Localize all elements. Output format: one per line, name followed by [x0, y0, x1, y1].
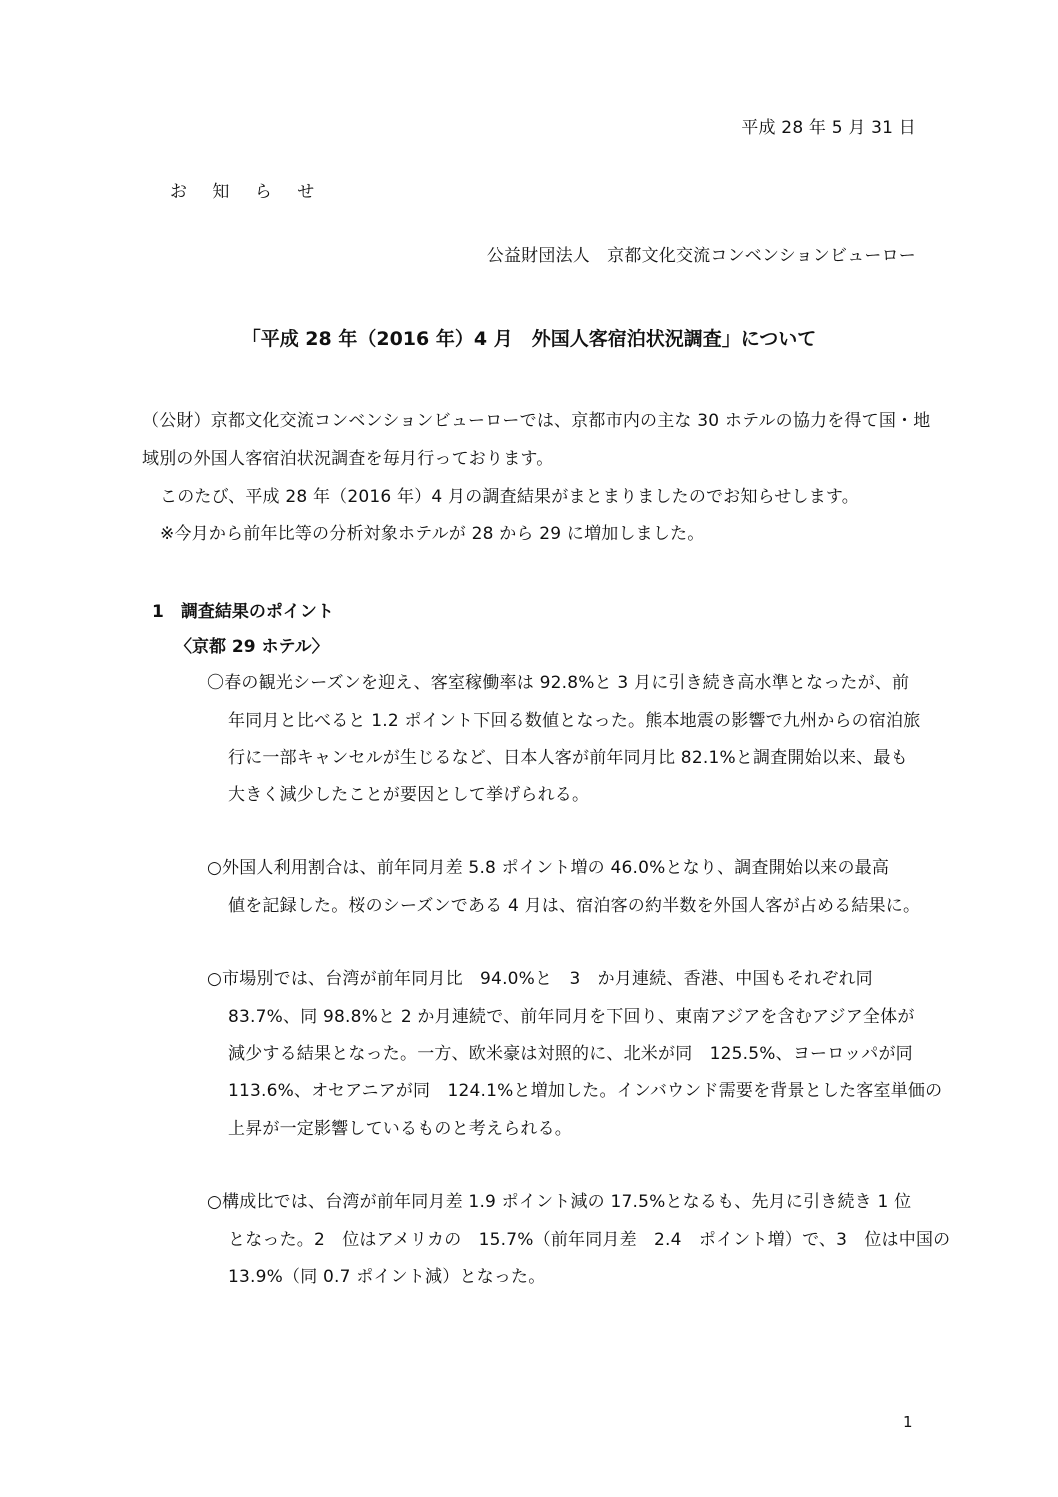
point-line: ○構成比では、台湾が前年同月差 1.9 ポイント減の 17.5%となるも、先月に… — [207, 1191, 911, 1213]
point-line: ○市場別では、台湾が前年同月比 94.0%と 3 か月連続、香港、中国もそれぞれ… — [207, 968, 873, 990]
point-line: 行に一部キャンセルが生じるなど、日本人客が前年同月比 82.1%と調査開始以来、… — [228, 747, 908, 769]
document-title: 「平成 28 年（2016 年）4 月 外国人客宿泊状況調査」について — [0, 324, 1058, 351]
point-line: 値を記録した。桜のシーズンである 4 月は、宿泊客の約半数を外国人客が占める結果… — [228, 895, 920, 917]
point-line: 83.7%、同 98.8%と 2 か月連続で、前年同月を下回り、東南アジアを含む… — [228, 1006, 915, 1028]
point-line: ○外国人利用割合は、前年同月差 5.8 ポイント増の 46.0%となり、調査開始… — [207, 857, 889, 879]
point-line: 113.6%、オセアニアが同 124.1%と増加した。インバウンド需要を背景とし… — [228, 1080, 942, 1102]
document-date: 平成 28 年 5 月 31 日 — [741, 117, 916, 139]
section-heading: 1 調査結果のポイント — [152, 597, 334, 622]
point-line: 13.9%（同 0.7 ポイント減）となった。 — [228, 1266, 545, 1288]
intro-line: （公財）京都文化交流コンベンションビューローでは、京都市内の主な 30 ホテルの… — [142, 410, 930, 432]
point-line: となった。2 位はアメリカの 15.7%（前年同月差 2.4 ポイント増）で、3… — [228, 1229, 950, 1251]
point-line: 年同月と比べると 1.2 ポイント下回る数値となった。熊本地震の影響で九州からの… — [228, 710, 920, 732]
point-line: 〇春の観光シーズンを迎え、客室稼働率は 92.8%と 3 月に引き続き高水準とな… — [207, 672, 909, 694]
point-line: 上昇が一定影響しているものと考えられる。 — [228, 1118, 572, 1140]
organization-name: 公益財団法人 京都文化交流コンベンションビューロー — [487, 245, 916, 267]
page-number: 1 — [903, 1413, 913, 1431]
point-line: 大きく減少したことが要因として挙げられる。 — [228, 784, 589, 806]
intro-note: ※今月から前年比等の分析対象ホテルが 28 から 29 に増加しました。 — [160, 523, 704, 545]
notice-label: お 知 ら せ — [170, 181, 324, 203]
section-subheading: 〈京都 29 ホテル〉 — [175, 632, 329, 657]
intro-line: 域別の外国人客宿泊状況調査を毎月行っております。 — [142, 448, 553, 470]
intro-line: このたび、平成 28 年（2016 年）4 月の調査結果がまとまりましたのでお知… — [160, 486, 859, 508]
point-line: 減少する結果となった。一方、欧米豪は対照的に、北米が同 125.5%、ヨーロッパ… — [228, 1043, 913, 1065]
